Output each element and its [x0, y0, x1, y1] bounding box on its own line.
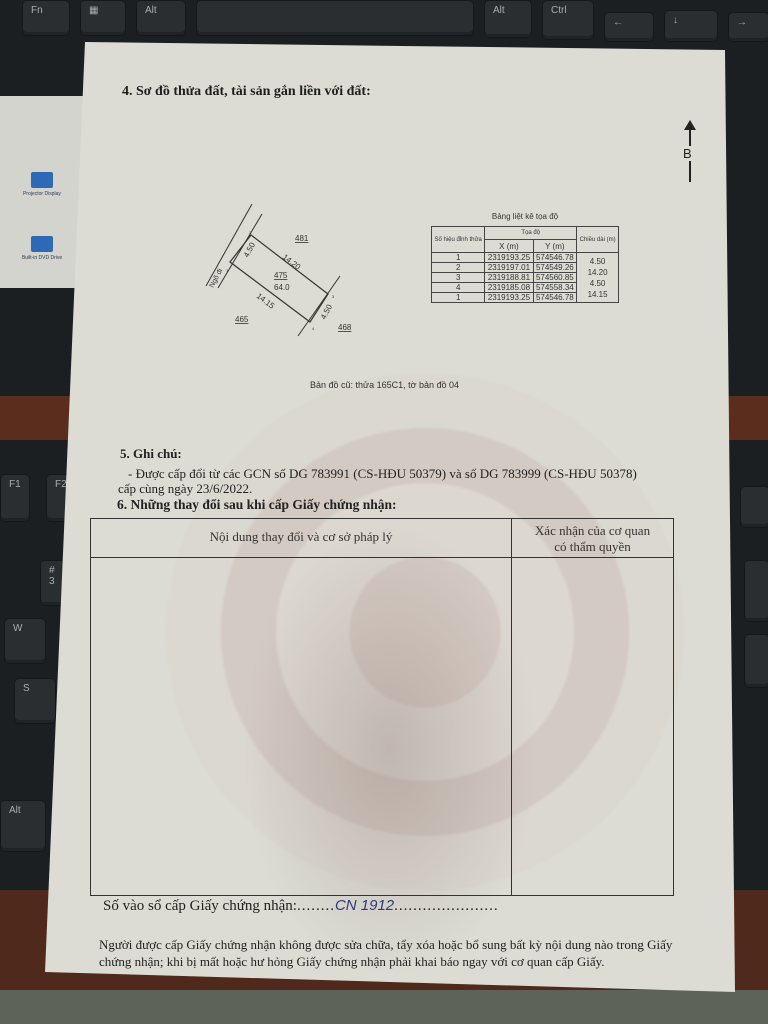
key-right-edge-1 — [740, 486, 768, 528]
lengths-cell: 4.5014.204.5014.15 — [577, 253, 619, 303]
section5-note-line2: cấp cùng ngày 23/6/2022. — [118, 481, 252, 497]
key-fn: Fn — [22, 0, 70, 36]
svg-text:468: 468 — [338, 323, 352, 332]
svg-text:465: 465 — [235, 315, 249, 324]
parcel-diagram: 1 2 3 4 481 465 468 475 64.0 4.50 14.20 … — [190, 200, 370, 340]
key-ctrl: Ctrl — [542, 0, 594, 40]
section4-title: 4. Sơ đồ thửa đất, tài sản gắn liền với … — [122, 84, 371, 100]
registry-number-line: Số vào sổ cấp Giấy chứng nhận:........CN… — [103, 897, 499, 915]
key-right-edge-3 — [744, 634, 768, 688]
coord-table: Số hiệu đỉnh thửa Tọa độ Chiều dài (m) X… — [431, 226, 619, 303]
changes-table: Nội dung thay đổi và cơ sở pháp lý Xác n… — [90, 518, 674, 896]
section6-title: 6. Những thay đổi sau khi cấp Giấy chứng… — [117, 497, 397, 513]
changes-col2-header: Xác nhận của cơ quan có thẩm quyền — [512, 523, 673, 555]
key-w: W — [4, 618, 46, 664]
section5-title: 5. Ghi chú: — [120, 446, 182, 462]
dvd-drive-icon — [31, 236, 53, 252]
svg-text:4: 4 — [312, 326, 315, 331]
changes-col-content — [91, 519, 512, 895]
key-alt-bottom: Alt — [0, 800, 46, 852]
key-right-edge-2 — [744, 560, 768, 622]
header-x: X (m) — [485, 240, 533, 253]
key-arrow-left: ← — [604, 12, 654, 42]
svg-text:Ngõ đi: Ngõ đi — [209, 267, 225, 289]
key-f1: F1 — [0, 474, 30, 522]
key-space — [196, 0, 474, 36]
header-length: Chiều dài (m) — [577, 227, 619, 253]
key-alt-right: Alt — [484, 0, 532, 38]
monitor-icon — [31, 172, 53, 188]
key-arrow-right: → — [728, 12, 768, 42]
svg-text:475: 475 — [274, 271, 288, 280]
warning-text: Người được cấp Giấy chứng nhận không đượ… — [99, 936, 689, 970]
changes-col1-header: Nội dung thay đổi và cơ sở pháp lý — [91, 529, 511, 545]
svg-text:481: 481 — [295, 234, 309, 243]
cloth — [0, 990, 768, 1024]
header-coords: Tọa độ — [485, 227, 577, 240]
header-vertex: Số hiệu đỉnh thửa — [432, 227, 485, 253]
header-y: Y (m) — [533, 240, 577, 253]
svg-text:64.0: 64.0 — [274, 283, 290, 292]
key-arrow-down: ↓ — [664, 10, 718, 42]
screen-item-dvd: Built-in DVD Drive — [0, 236, 84, 261]
laptop-screen: Projector Display Built-in DVD Drive — [0, 96, 84, 288]
key-windows: ▦ — [80, 0, 126, 36]
svg-text:3: 3 — [332, 294, 335, 299]
old-map-note: Bản đồ cũ: thửa 165C1, tờ bản đồ 04 — [310, 380, 459, 390]
key-alt-left: Alt — [136, 0, 186, 36]
svg-text:14.20: 14.20 — [281, 252, 303, 272]
key-s: S — [14, 678, 56, 724]
coord-row: 12319193.25574546.784.5014.204.5014.15 — [432, 253, 619, 263]
screen-item-projector: Projector Display — [0, 172, 84, 197]
coord-table-title: Bảng liệt kê tọa độ — [420, 212, 630, 221]
registry-number: CN 1912 — [335, 897, 394, 914]
north-arrow-icon: B — [684, 120, 696, 182]
section5-note-line1: - Được cấp đổi từ các GCN số DG 783991 (… — [128, 466, 688, 482]
